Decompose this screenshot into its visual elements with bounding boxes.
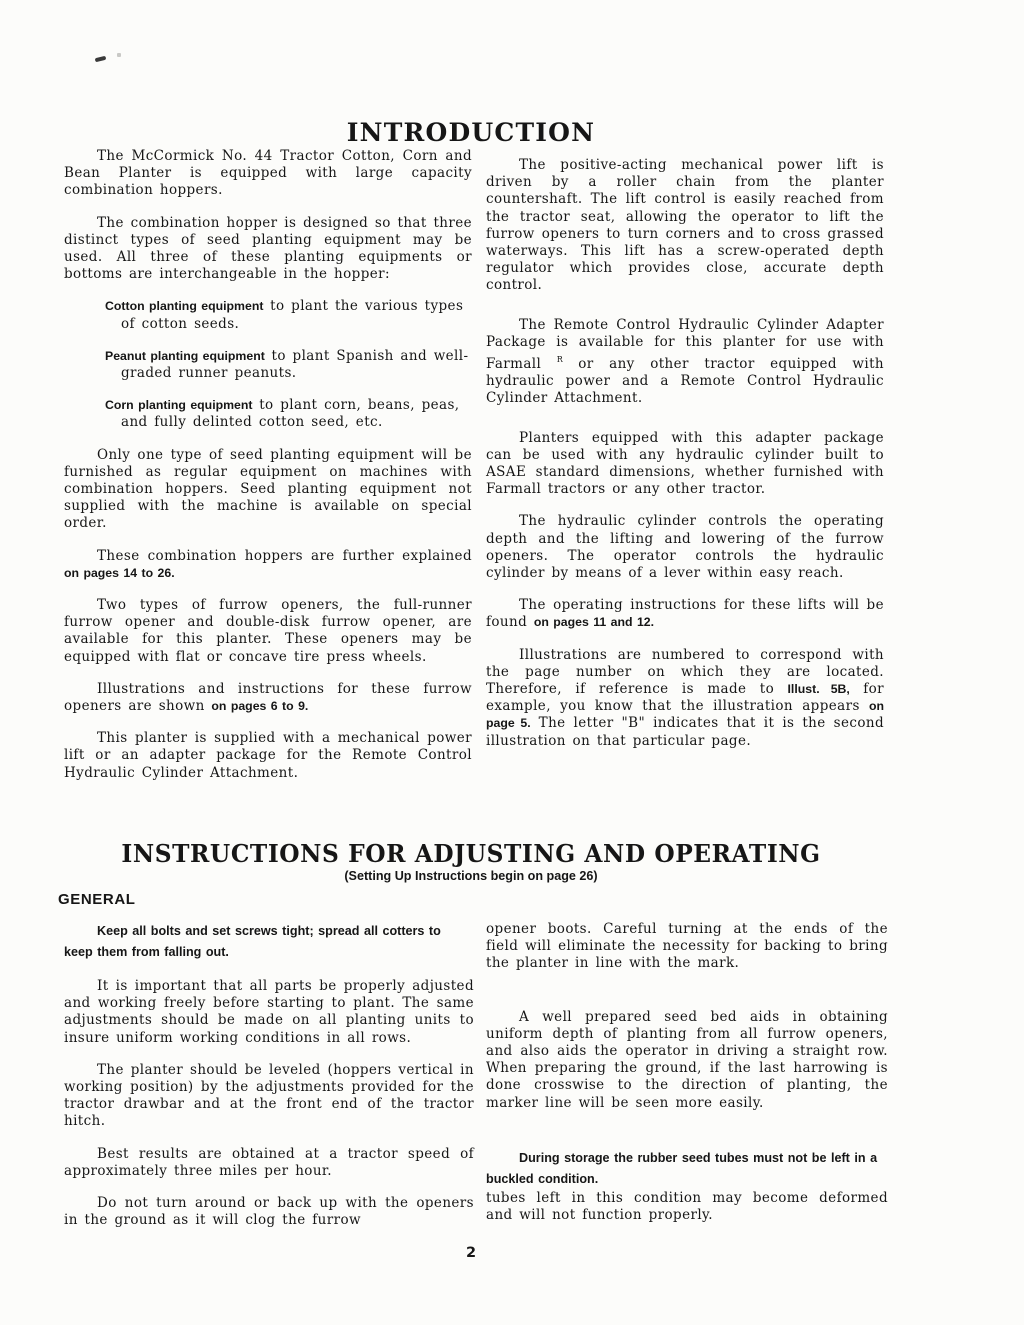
paragraph-mechanical-power-lift: The positive-acting mechanical power lif… bbox=[486, 157, 884, 295]
page-title: INTRODUCTION bbox=[60, 118, 882, 147]
paragraph-hydraulic-cylinder: The hydraulic cylinder controls the oper… bbox=[486, 513, 884, 582]
paragraph-power-lift-supplied: This planter is supplied with a mechanic… bbox=[64, 730, 472, 782]
manual-page: INTRODUCTION The McCormick No. 44 Tracto… bbox=[0, 0, 1024, 1325]
paragraph-planter-overview: The McCormick No. 44 Tractor Cotton, Cor… bbox=[64, 148, 472, 200]
paragraph-text: tubes left in this condition may become … bbox=[486, 1190, 888, 1224]
list-item-lead: Cotton planting equipment bbox=[105, 299, 263, 313]
paragraph-storage-note: During storage the rubber seed tubes mus… bbox=[486, 1148, 888, 1224]
intro-right-column: The positive-acting mechanical power lif… bbox=[486, 157, 884, 750]
illustration-reference: Illust. 5B, bbox=[788, 682, 850, 696]
list-item-corn-equipment: Corn planting equipment to plant corn, b… bbox=[64, 397, 472, 431]
paragraph-planter-leveled: The planter should be leveled (hoppers v… bbox=[64, 1062, 474, 1131]
scan-artifact-dot bbox=[117, 53, 121, 57]
paragraph-operating-instructions: The operating instructions for these lif… bbox=[486, 597, 884, 631]
storage-warning-text: During storage the rubber seed tubes mus… bbox=[486, 1148, 888, 1190]
paragraph-combination-hopper: The combination hopper is designed so th… bbox=[64, 215, 472, 284]
intro-left-column: The McCormick No. 44 Tractor Cotton, Cor… bbox=[64, 148, 472, 782]
list-item-peanut-equipment: Peanut planting equipment to plant Spani… bbox=[64, 348, 472, 382]
paragraph-one-type-equipment: Only one type of seed planting equipment… bbox=[64, 447, 472, 533]
paragraph-parts-adjusted: It is important that all parts be proper… bbox=[64, 978, 474, 1047]
page-reference: on pages 14 to 26. bbox=[64, 566, 175, 580]
list-item-lead: Peanut planting equipment bbox=[105, 349, 265, 363]
paragraph-illustrations-shown: Illustrations and instructions for these… bbox=[64, 681, 472, 715]
section-heading-adjusting-operating: INSTRUCTIONS FOR ADJUSTING AND OPERATING bbox=[72, 839, 869, 868]
paragraph-adapter-package: The Remote Control Hydraulic Cylinder Ad… bbox=[486, 317, 884, 408]
paragraph-asae-dimensions: Planters equipped with this adapter pack… bbox=[486, 430, 884, 499]
general-right-column: opener boots. Careful turning at the end… bbox=[486, 921, 888, 1224]
list-item-lead: Corn planting equipment bbox=[105, 398, 253, 412]
paragraph-text: or any other tractor equipped with hydra… bbox=[486, 356, 884, 406]
list-item-cotton-equipment: Cotton planting equipment to plant the v… bbox=[64, 298, 472, 332]
paragraph-opener-boots: opener boots. Careful turning at the end… bbox=[486, 921, 888, 973]
paragraph-seed-bed: A well prepared seed bed aids in obtaini… bbox=[486, 1009, 888, 1112]
scan-artifact-smudge bbox=[95, 56, 107, 63]
paragraph-keep-bolts-tight: Keep all bolts and set screws tight; spr… bbox=[64, 921, 474, 963]
general-section-label: GENERAL bbox=[58, 891, 136, 908]
paragraph-best-results: Best results are obtained at a tractor s… bbox=[64, 1146, 474, 1180]
page-number: 2 bbox=[60, 1245, 882, 1261]
paragraph-text: These combination hoppers are further ex… bbox=[97, 548, 472, 564]
section-subheading-setup-reference: (Setting Up Instructions begin on page 2… bbox=[60, 869, 882, 883]
paragraph-hoppers-explained: These combination hoppers are further ex… bbox=[64, 548, 472, 582]
paragraph-do-not-turn: Do not turn around or back up with the o… bbox=[64, 1195, 474, 1229]
paragraph-text: The letter "B" indicates that it is the … bbox=[486, 715, 884, 748]
page-reference: on pages 11 and 12. bbox=[534, 615, 654, 629]
general-left-column: Keep all bolts and set screws tight; spr… bbox=[64, 921, 474, 1229]
equipment-list: Cotton planting equipment to plant the v… bbox=[64, 298, 472, 431]
paragraph-furrow-openers: Two types of furrow openers, the full-ru… bbox=[64, 597, 472, 666]
paragraph-illustration-numbering: Illustrations are numbered to correspond… bbox=[486, 647, 884, 750]
page-reference: on pages 6 to 9. bbox=[211, 699, 308, 713]
